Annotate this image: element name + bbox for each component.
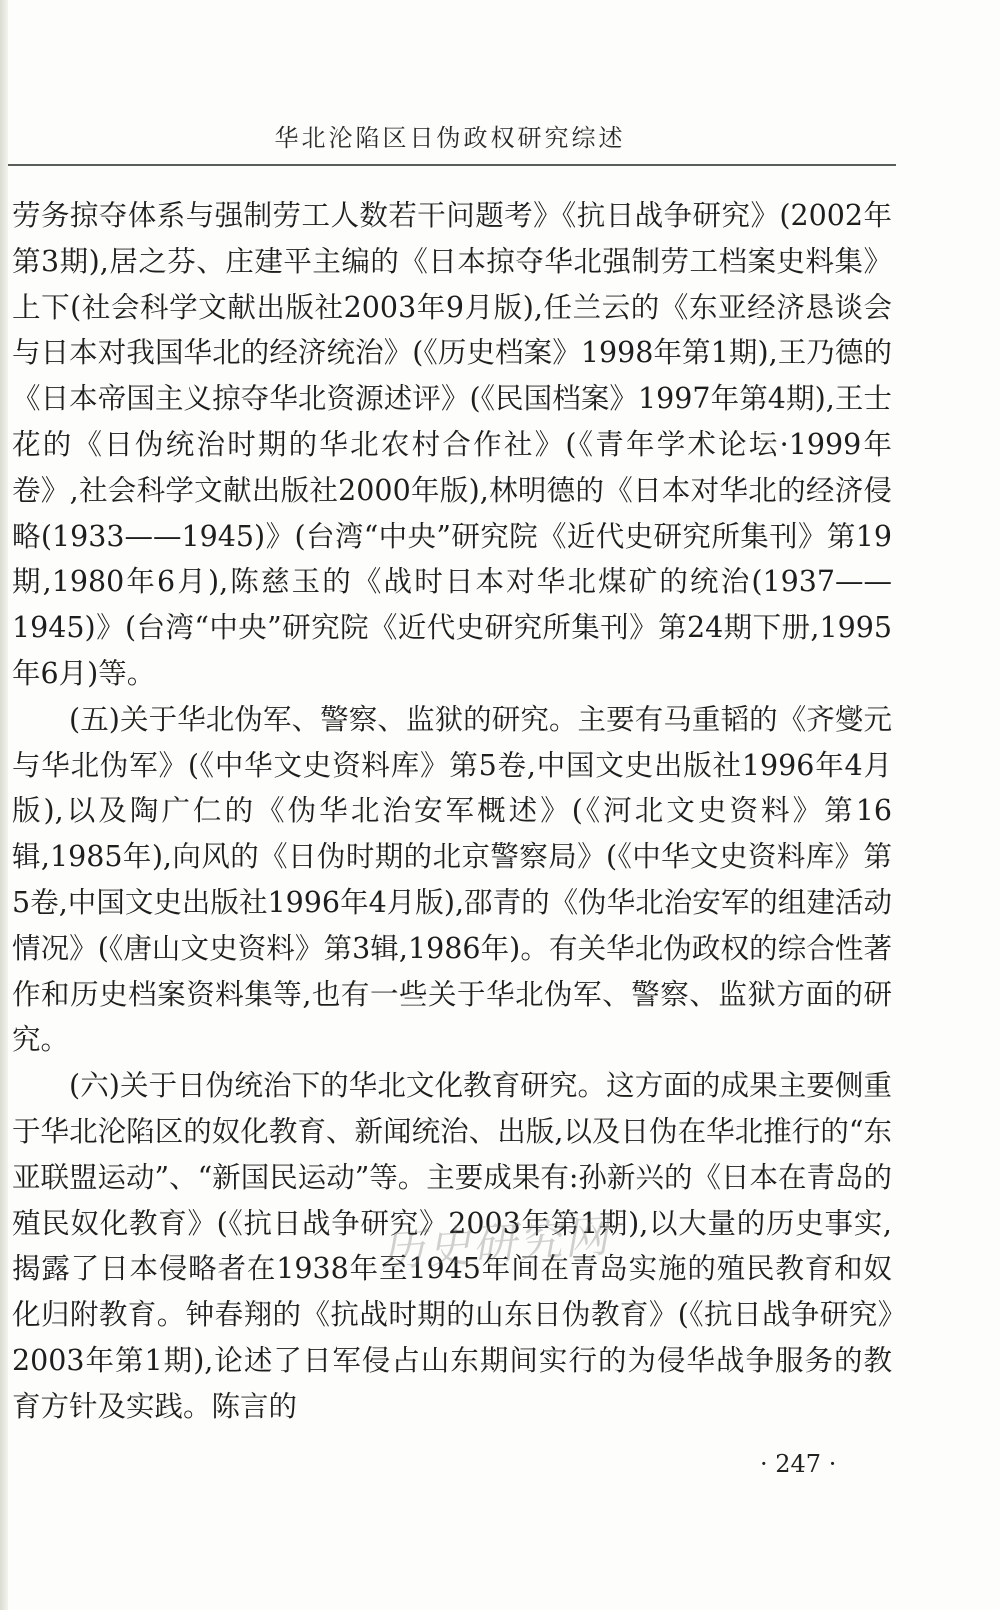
- body-text: 劳务掠夺体系与强制劳工人数若干问题考》《抗日战争研究》(2002年第3期),居之…: [12, 193, 892, 1430]
- page-edge-shadow: [0, 0, 8, 1610]
- header-rule: [8, 164, 896, 166]
- running-header-title: 华北沦陷区日伪政权研究综述: [0, 118, 900, 153]
- paragraph-section-five: (五)关于华北伪军、警察、监狱的研究。主要有马重韬的《齐燮元与华北伪军》(《中华…: [12, 697, 892, 1063]
- page-number: · 247 ·: [760, 1450, 836, 1478]
- paragraph-continuation: 劳务掠夺体系与强制劳工人数若干问题考》《抗日战争研究》(2002年第3期),居之…: [12, 193, 892, 697]
- paragraph-section-six: (六)关于日伪统治下的华北文化教育研究。这方面的成果主要侧重于华北沦陷区的奴化教…: [12, 1063, 892, 1429]
